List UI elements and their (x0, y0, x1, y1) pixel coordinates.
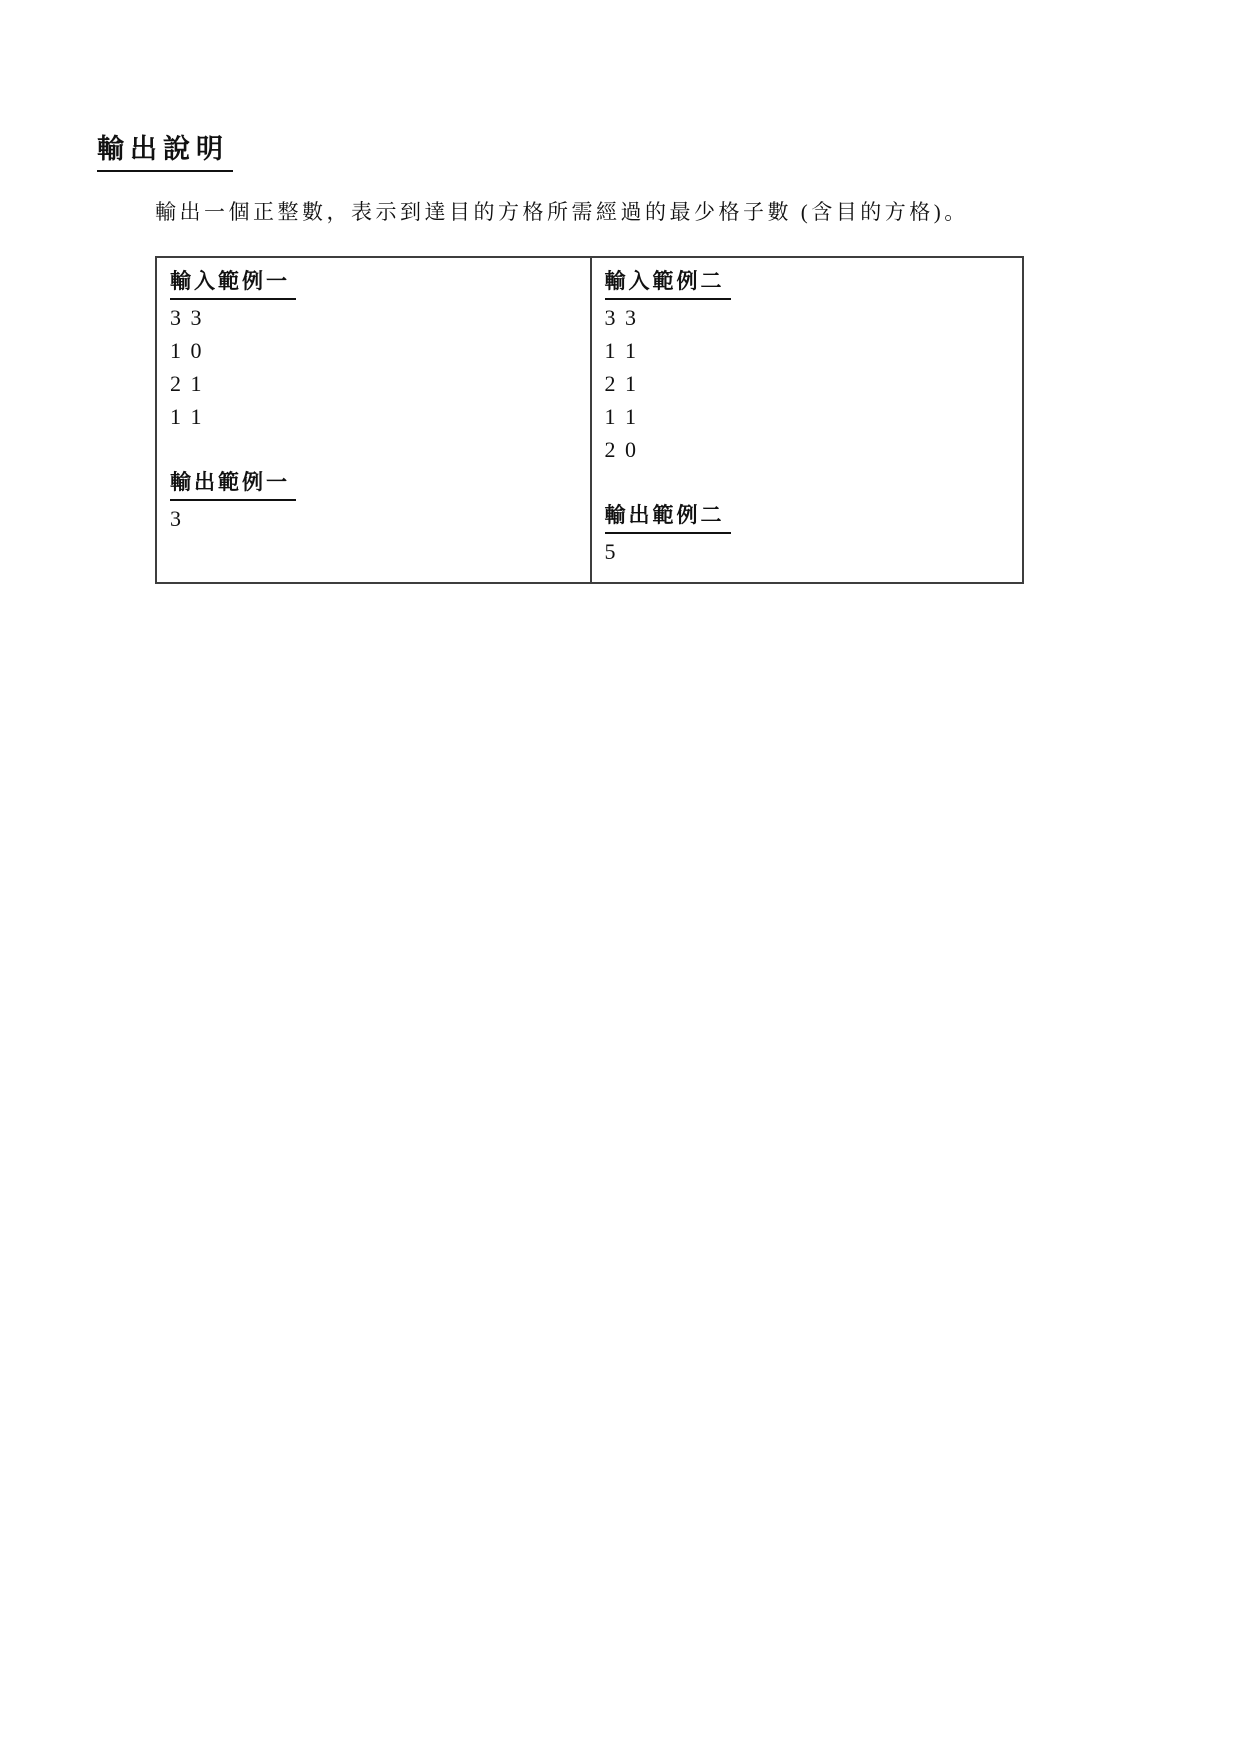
blank-line (605, 466, 1009, 499)
example-column-1: 輸入範例一 3 3 1 0 2 1 1 1 輸出範例一 3 (157, 258, 590, 582)
input-example-2-line-1: 3 3 (605, 301, 1009, 334)
input-example-2-label: 輸入範例二 (605, 265, 731, 300)
input-example-1-line-3: 2 1 (170, 367, 576, 400)
input-example-1-line-2: 1 0 (170, 334, 576, 367)
output-example-2-label: 輸出範例二 (605, 499, 731, 534)
example-column-2: 輸入範例二 3 3 1 1 2 1 1 1 2 0 輸出範例二 5 (590, 258, 1023, 582)
examples-table: 輸入範例一 3 3 1 0 2 1 1 1 輸出範例一 3 輸入範例二 3 3 … (155, 256, 1024, 584)
blank-line (170, 433, 576, 466)
input-example-2-line-4: 1 1 (605, 400, 1009, 433)
input-example-2-line-3: 2 1 (605, 367, 1009, 400)
input-example-1-label: 輸入範例一 (170, 265, 296, 300)
section-heading: 輸出說明 (97, 133, 233, 172)
input-example-2-line-2: 1 1 (605, 334, 1009, 367)
output-example-1-label: 輸出範例一 (170, 466, 296, 501)
input-example-1-line-4: 1 1 (170, 400, 576, 433)
output-example-2-line-1: 5 (605, 535, 1009, 568)
document-page: 輸出說明 輸出一個正整數，表示到達目的方格所需經過的最少格子數 (含目的方格)。… (0, 0, 1241, 1755)
input-example-1-line-1: 3 3 (170, 301, 576, 334)
description-text: 輸出一個正整數，表示到達目的方格所需經過的最少格子數 (含目的方格)。 (155, 197, 969, 227)
input-example-2-line-5: 2 0 (605, 433, 1009, 466)
output-example-1-line-1: 3 (170, 502, 576, 535)
